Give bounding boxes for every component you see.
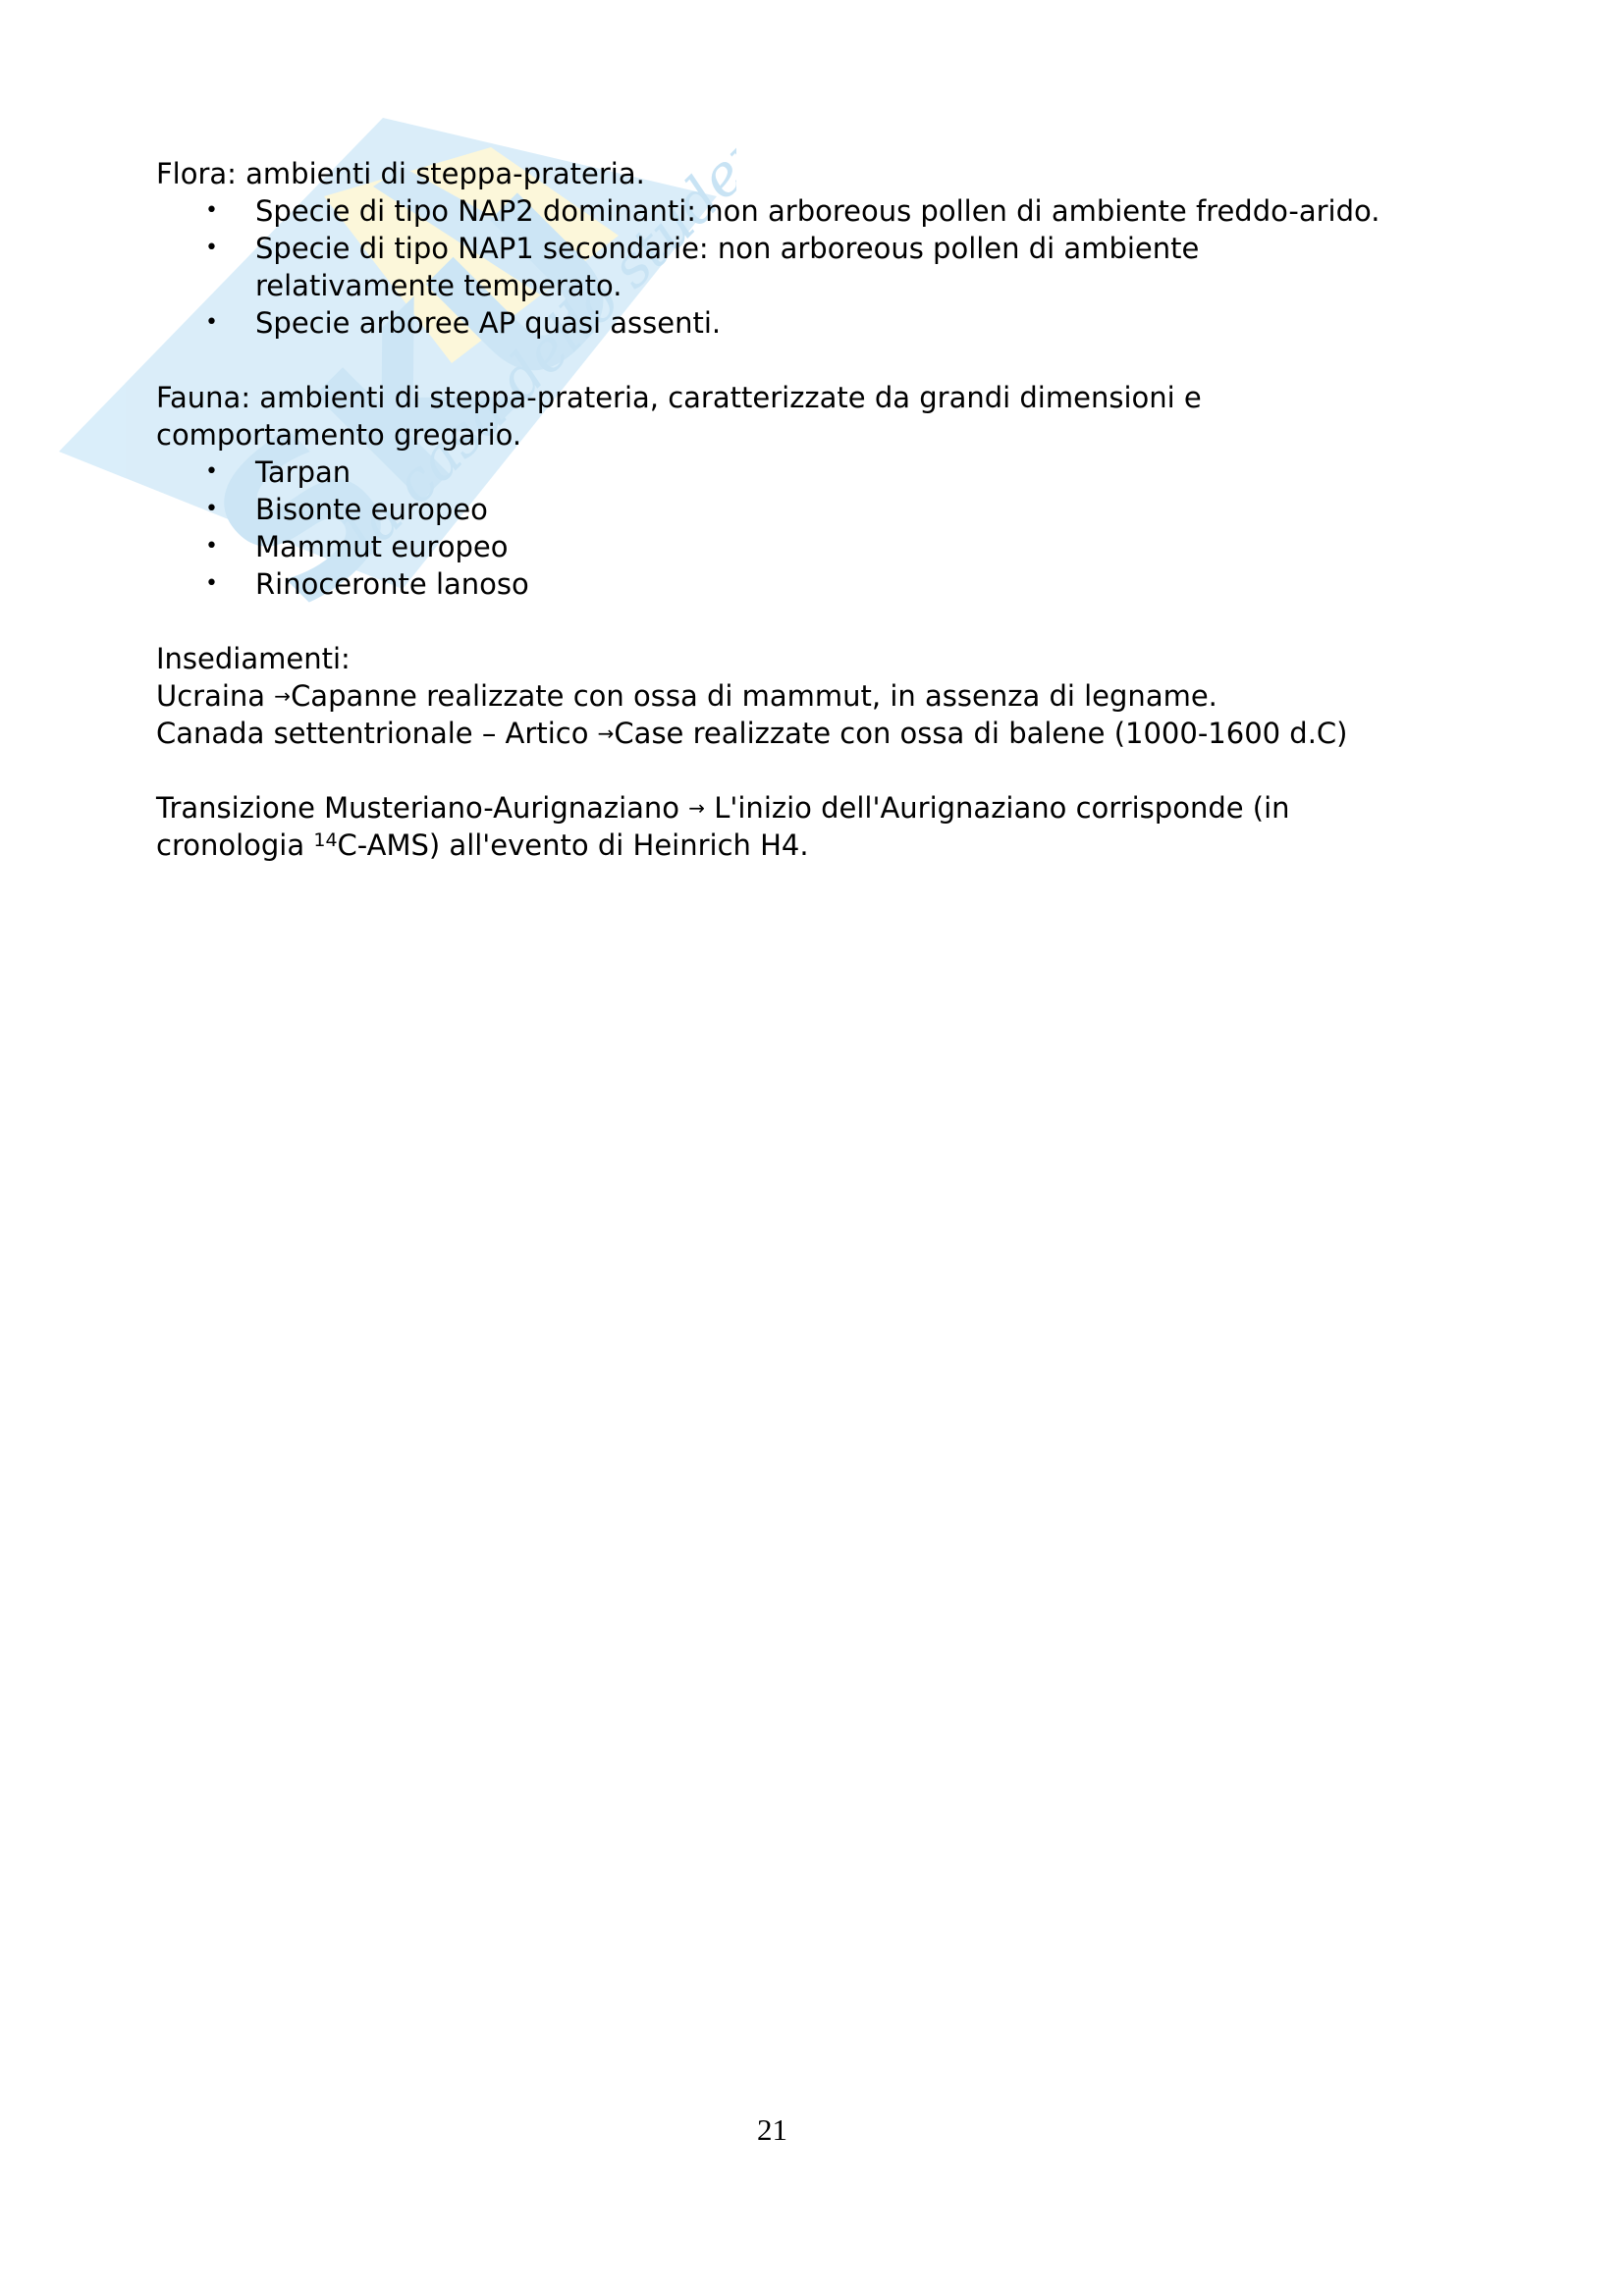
row-text: Case realizzate con ossa di balene (1000… [614,717,1347,750]
list-item: • Mammut europeo [156,528,1472,565]
list-item-text: Specie arboree AP quasi assenti. [255,306,721,340]
bullet-icon: • [205,230,218,267]
transizione-subject: Transizione Musteriano-Aurignaziano [156,791,679,825]
list-item-text: Tarpan [255,455,351,489]
list-item: • Specie arboree AP quasi assenti. [156,304,1472,342]
place-label: Ucraina [156,679,265,713]
list-item-text: Specie di tipo NAP1 secondarie: non arbo… [255,230,1472,267]
list-item: • Tarpan [156,454,1472,491]
spacer [156,342,1472,379]
list-item: • Rinoceronte lanoso [156,565,1472,603]
list-item-text: Rinoceronte lanoso [255,567,529,601]
fauna-list: • Tarpan • Bisonte europeo • Mammut euro… [156,454,1472,603]
list-item: • Specie di tipo NAP2 dominanti: non arb… [156,192,1472,230]
row-text: Capanne realizzate con ossa di mammut, i… [291,679,1217,713]
bullet-icon: • [205,192,218,230]
arrow-right-icon: → [688,796,705,820]
spacer [156,752,1472,789]
transizione-text-continued: C-AMS) all'evento di Heinrich H4. [338,828,809,862]
arrow-right-icon: → [598,721,615,745]
list-item: • Specie di tipo NAP1 secondarie: non ar… [156,230,1472,304]
flora-heading: Flora: ambienti di steppa-prateria. [156,155,1472,192]
insediamenti-row: Ucraina →Capanne realizzate con ossa di … [156,677,1472,715]
place-label: Canada settentrionale – Artico [156,717,588,750]
bullet-icon: • [205,491,218,528]
arrow-right-icon: → [274,684,291,708]
isotope-superscript: 14 [313,829,337,851]
insediamenti-row: Canada settentrionale – Artico →Case rea… [156,715,1472,752]
list-item-text-continued: relativamente temperato. [255,267,1472,304]
transizione-text: L'inizio dell'Aurignaziano corrisponde (… [714,791,1289,825]
section-flora: Flora: ambienti di steppa-prateria. • Sp… [156,155,1472,342]
fauna-heading-continued: comportamento gregario. [156,416,1472,454]
flora-list: • Specie di tipo NAP2 dominanti: non arb… [156,192,1472,342]
list-item: • Bisonte europeo [156,491,1472,528]
fauna-heading: Fauna: ambienti di steppa-prateria, cara… [156,379,1472,416]
insediamenti-heading: Insediamenti: [156,640,1472,677]
transizione-prefix: cronologia [156,828,313,862]
document-body: Flora: ambienti di steppa-prateria. • Sp… [156,155,1472,864]
list-item-text: Bisonte europeo [255,493,488,526]
document-page: SKU la casa dello studente Flora: ambien… [0,0,1623,2296]
section-transizione: Transizione Musteriano-Aurignaziano → L'… [156,789,1472,864]
list-item-text: Specie di tipo NAP2 dominanti: non arbor… [255,194,1380,228]
spacer [156,603,1472,640]
transizione-line: Transizione Musteriano-Aurignaziano → L'… [156,789,1472,827]
bullet-icon: • [205,528,218,565]
list-item-text: Mammut europeo [255,530,509,563]
section-fauna: Fauna: ambienti di steppa-prateria, cara… [156,379,1472,603]
bullet-icon: • [205,304,218,342]
bullet-icon: • [205,565,218,603]
transizione-line-continued: cronologia 14C-AMS) all'evento di Heinri… [156,827,1472,864]
bullet-icon: • [205,454,218,491]
section-insediamenti: Insediamenti: Ucraina →Capanne realizzat… [156,640,1472,752]
page-number: 21 [0,2112,1544,2148]
